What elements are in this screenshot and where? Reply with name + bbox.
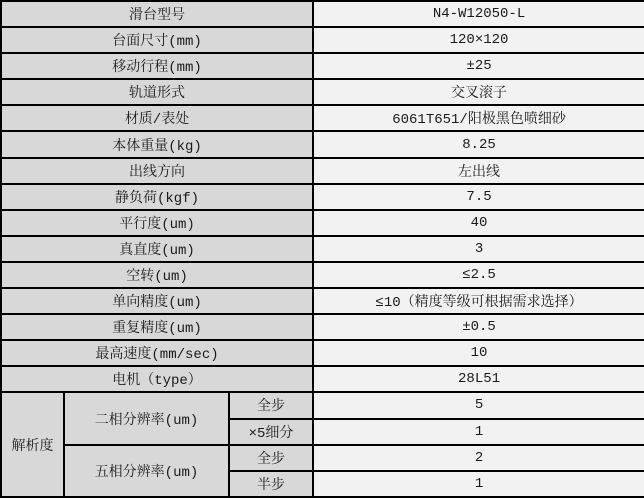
spec-value-backlash: ≤2.5 (313, 262, 644, 288)
spec-value-unidirectional-accuracy: ≤10（精度等级可根据需求选择） (313, 288, 644, 314)
spec-label-backlash: 空转(um) (1, 262, 313, 288)
table-row: 解析度 二相分辨率(um) 全步 5 (1, 392, 644, 418)
resolution-five-phase-fullstep-value: 2 (313, 445, 644, 471)
table-row: 单向精度(um) ≤10（精度等级可根据需求选择） (1, 288, 644, 314)
spec-label-travel: 移动行程(mm) (1, 53, 313, 79)
resolution-group-label: 解析度 (1, 392, 64, 497)
spec-value-table-size: 120×120 (313, 27, 644, 53)
resolution-five-phase-label: 五相分辨率(um) (64, 445, 229, 497)
table-row: 出线方向 左出线 (1, 158, 644, 184)
spec-label-straightness: 真直度(um) (1, 236, 313, 262)
table-row: 材质/表处 6061T651/阳极黑色喷细砂 (1, 105, 644, 131)
resolution-five-phase-fullstep-label: 全步 (229, 445, 313, 471)
resolution-five-phase-halfstep-label: 半步 (229, 471, 313, 497)
spec-value-static-load: 7.5 (313, 184, 644, 210)
table-row: 最高速度(mm/sec) 10 (1, 340, 644, 366)
table-row: 空转(um) ≤2.5 (1, 262, 644, 288)
spec-table: 滑台型号 N4-W12050-L 台面尺寸(mm) 120×120 移动行程(m… (0, 0, 644, 498)
resolution-five-phase-halfstep-value: 1 (313, 471, 644, 497)
spec-value-model: N4-W12050-L (313, 1, 644, 27)
table-row: 真直度(um) 3 (1, 236, 644, 262)
resolution-two-phase-microstep-value: 1 (313, 419, 644, 445)
table-row: 滑台型号 N4-W12050-L (1, 1, 644, 27)
resolution-two-phase-fullstep-label: 全步 (229, 392, 313, 418)
spec-label-cable-direction: 出线方向 (1, 158, 313, 184)
spec-label-model: 滑台型号 (1, 1, 313, 27)
table-row: 重复精度(um) ±0.5 (1, 314, 644, 340)
spec-value-motor: 28L51 (313, 366, 644, 392)
resolution-two-phase-fullstep-value: 5 (313, 392, 644, 418)
spec-label-motor: 电机（type） (1, 366, 313, 392)
spec-value-cable-direction: 左出线 (313, 158, 644, 184)
table-row: 平行度(um) 40 (1, 210, 644, 236)
spec-value-weight: 8.25 (313, 131, 644, 157)
spec-value-max-speed: 10 (313, 340, 644, 366)
spec-label-material: 材质/表处 (1, 105, 313, 131)
table-row: 五相分辨率(um) 全步 2 (1, 445, 644, 471)
spec-label-max-speed: 最高速度(mm/sec) (1, 340, 313, 366)
spec-label-static-load: 静负荷(kgf) (1, 184, 313, 210)
resolution-two-phase-label: 二相分辨率(um) (64, 392, 229, 444)
table-row: 本体重量(kg) 8.25 (1, 131, 644, 157)
spec-label-rail-type: 轨道形式 (1, 79, 313, 105)
table-row: 台面尺寸(mm) 120×120 (1, 27, 644, 53)
table-row: 电机（type） 28L51 (1, 366, 644, 392)
spec-value-parallelism: 40 (313, 210, 644, 236)
spec-label-parallelism: 平行度(um) (1, 210, 313, 236)
table-row: 静负荷(kgf) 7.5 (1, 184, 644, 210)
spec-label-repeatability: 重复精度(um) (1, 314, 313, 340)
spec-label-table-size: 台面尺寸(mm) (1, 27, 313, 53)
table-row: 轨道形式 交叉滚子 (1, 79, 644, 105)
spec-value-straightness: 3 (313, 236, 644, 262)
spec-sheet: 滑台型号 N4-W12050-L 台面尺寸(mm) 120×120 移动行程(m… (0, 0, 644, 498)
spec-value-repeatability: ±0.5 (313, 314, 644, 340)
table-row: 移动行程(mm) ±25 (1, 53, 644, 79)
spec-label-weight: 本体重量(kg) (1, 131, 313, 157)
resolution-two-phase-microstep-label: ×5细分 (229, 419, 313, 445)
spec-value-travel: ±25 (313, 53, 644, 79)
spec-label-unidirectional-accuracy: 单向精度(um) (1, 288, 313, 314)
spec-value-material: 6061T651/阳极黑色喷细砂 (313, 105, 644, 131)
spec-value-rail-type: 交叉滚子 (313, 79, 644, 105)
